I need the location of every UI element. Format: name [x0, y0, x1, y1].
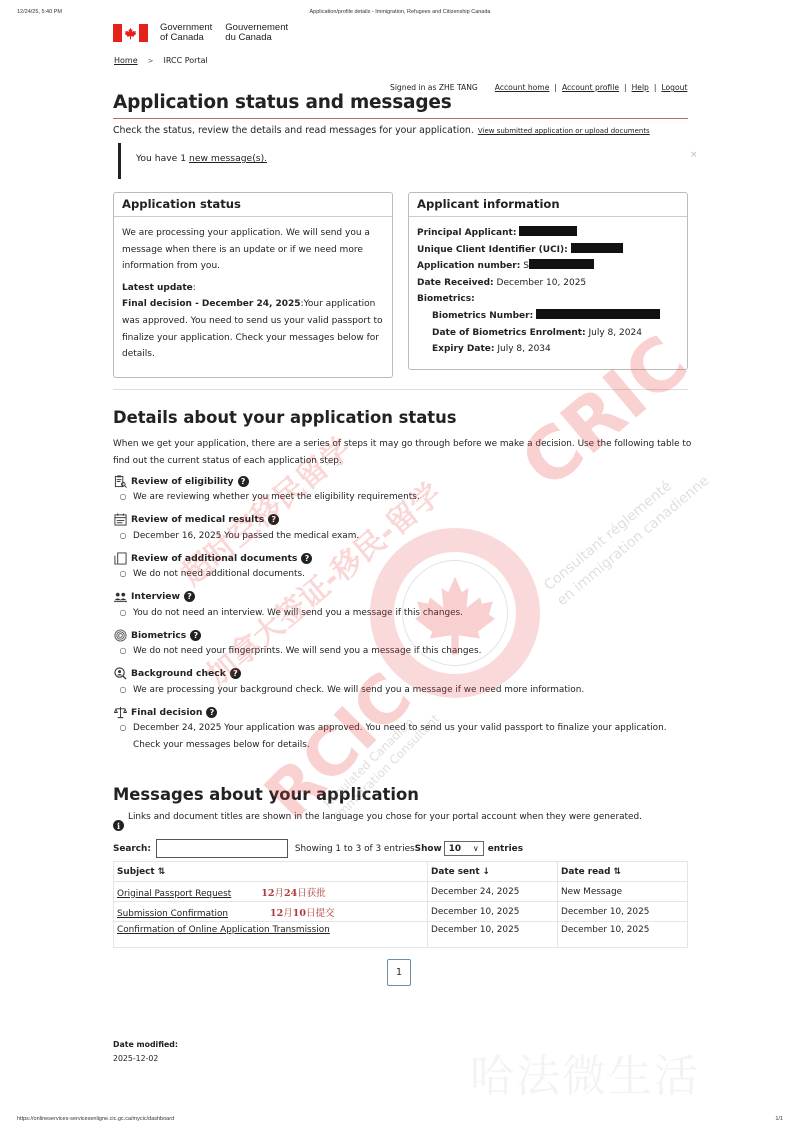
step-description: We are reviewing whether you meet the el…: [133, 489, 420, 506]
biometrics-label: Biometrics:: [417, 291, 679, 308]
step-title: Review of additional documents: [131, 553, 297, 564]
show-label: Show: [415, 844, 442, 854]
applicant-information-heading: Applicant information: [409, 193, 687, 217]
details-intro: When we get your application, there are …: [113, 436, 693, 469]
canada-flag-icon: [113, 24, 148, 42]
application-status-panel: Application status We are processing you…: [113, 192, 393, 378]
step-background-check: Background check ? ○We are processing yo…: [113, 666, 693, 699]
latest-update: Latest update: Final decision - December…: [122, 280, 384, 363]
redacted-value: [536, 309, 660, 319]
alert-text: You have 1: [136, 153, 186, 164]
print-url: https://onlineservices-servicesenligne.c…: [17, 1116, 174, 1122]
date-read: December 10, 2025: [558, 902, 688, 922]
signed-in-label: Signed in as ZHE TANG: [390, 83, 478, 92]
page-intro: Check the status, review the details and…: [113, 125, 650, 136]
help-icon[interactable]: ?: [190, 630, 201, 641]
new-message-alert: You have 1 new message(s).: [136, 153, 267, 164]
language-info-note: i Links and document titles are shown in…: [113, 812, 642, 831]
background-check-icon: [113, 667, 127, 681]
alert-accent-bar: [118, 143, 121, 179]
biometrics-number: Biometrics Number:: [417, 308, 679, 325]
help-icon[interactable]: ?: [301, 553, 312, 564]
title-divider: [113, 118, 688, 119]
step-biometrics: Biometrics ? ○We do not need your finger…: [113, 627, 693, 660]
column-subject[interactable]: Subject ⇅: [114, 862, 428, 882]
sort-desc-icon: ↓: [483, 867, 490, 877]
page-title: Application status and messages: [113, 92, 452, 113]
info-note-text: Links and document titles are shown in t…: [128, 812, 642, 831]
redacted-value: [571, 243, 623, 253]
table-controls: Search: Showing 1 to 3 of 3 entries Show…: [113, 839, 523, 858]
step-final-decision: Final decision ? ○December 24, 2025 Your…: [113, 704, 693, 753]
step-description: December 16, 2025 You passed the medical…: [133, 528, 359, 545]
step-title: Biometrics: [131, 630, 186, 641]
redacted-value: [529, 259, 594, 269]
print-document-title: Application/profile details - Immigratio…: [0, 9, 800, 15]
handwritten-annotation: 12月10日提交: [270, 908, 335, 919]
breadcrumb-home-link[interactable]: Home: [114, 56, 138, 65]
step-eligibility: Review of eligibility ? ○We are reviewin…: [113, 473, 693, 506]
sort-icon: ⇅: [614, 867, 621, 877]
help-icon[interactable]: ?: [230, 668, 241, 679]
redacted-value: [519, 226, 577, 236]
sort-icon: ⇅: [158, 867, 165, 877]
search-input[interactable]: [156, 839, 288, 858]
step-title: Final decision: [131, 707, 202, 718]
step-description: We do not need your fingerprints. We wil…: [133, 643, 481, 660]
message-subject-link[interactable]: Confirmation of Online Application Trans…: [117, 925, 330, 935]
application-status-heading: Application status: [114, 193, 392, 217]
column-date-sent[interactable]: Date sent ↓: [428, 862, 558, 882]
government-of-canada-logo[interactable]: Government of Canada Gouvernement du Can…: [113, 23, 288, 43]
table-row: Confirmation of Online Application Trans…: [114, 922, 688, 948]
intro-text: Check the status, review the details and…: [113, 125, 474, 136]
table-row: Submission Confirmation12月10日提交 December…: [114, 902, 688, 922]
separator: |: [654, 83, 657, 92]
entries-label: entries: [488, 844, 523, 854]
gov-name-en: Government of Canada: [160, 23, 212, 43]
clipboard-search-icon: [113, 474, 127, 488]
step-title: Review of medical results: [131, 514, 264, 525]
biometrics-enrolment-date: Date of Biometrics Enrolment: July 8, 20…: [417, 325, 679, 342]
account-bar: Signed in as ZHE TANG Account home | Acc…: [390, 83, 687, 92]
chevron-down-icon: ∨: [473, 844, 479, 853]
handwritten-annotation: 12月24日获批: [261, 888, 326, 899]
step-medical: Review of medical results ? ○December 16…: [113, 512, 693, 545]
watermark-cn-bottom: 哈法微生活: [470, 1040, 700, 1104]
applicant-information-panel: Applicant information Principal Applican…: [408, 192, 688, 370]
fingerprint-icon: [113, 628, 127, 642]
help-icon[interactable]: ?: [206, 707, 217, 718]
step-title: Interview: [131, 591, 180, 602]
date-modified-value: 2025-12-02: [113, 1054, 158, 1063]
view-submitted-application-link[interactable]: View submitted application or upload doc…: [478, 127, 650, 135]
message-subject-link[interactable]: Submission Confirmation: [117, 909, 228, 919]
page-size-select[interactable]: 10 ∨: [444, 841, 484, 856]
breadcrumb-separator: >: [148, 57, 154, 65]
principal-applicant: Principal Applicant:: [417, 225, 679, 242]
application-number: Application number: S: [417, 258, 679, 275]
scales-icon: [113, 705, 127, 719]
date-sent: December 10, 2025: [428, 922, 558, 948]
step-description: You do not need an interview. We will se…: [133, 605, 463, 622]
help-link[interactable]: Help: [632, 83, 649, 92]
biometrics-expiry-date: Expiry Date: July 8, 2034: [417, 341, 679, 358]
search-label: Search:: [113, 844, 151, 854]
account-profile-link[interactable]: Account profile: [562, 83, 619, 92]
step-additional-documents: Review of additional documents ? ○We do …: [113, 550, 693, 583]
help-icon[interactable]: ?: [268, 514, 279, 525]
date-modified-label: Date modified:: [113, 1040, 178, 1049]
interview-people-icon: [113, 590, 127, 604]
new-messages-link[interactable]: new message(s).: [189, 153, 267, 164]
documents-icon: [113, 551, 127, 565]
messages-table: Subject ⇅ Date sent ↓ Date read ⇅ Origin…: [113, 861, 688, 948]
separator: |: [554, 83, 557, 92]
date-read: New Message: [558, 882, 688, 902]
logout-link[interactable]: Logout: [661, 83, 687, 92]
breadcrumb: Home > IRCC Portal: [114, 56, 208, 65]
status-body: We are processing your application. We w…: [122, 225, 384, 275]
step-description: December 24, 2025 Your application was a…: [133, 720, 693, 753]
help-icon[interactable]: ?: [238, 476, 249, 487]
section-divider: [113, 389, 688, 390]
pagination-page-1[interactable]: 1: [387, 959, 411, 986]
step-description: We do not need additional documents.: [133, 566, 305, 583]
help-icon[interactable]: ?: [184, 591, 195, 602]
message-subject-link[interactable]: Original Passport Request: [117, 889, 231, 899]
messages-heading: Messages about your application: [113, 785, 419, 804]
step-description: We are processing your background check.…: [133, 682, 584, 699]
uci: Unique Client Identifier (UCI):: [417, 242, 679, 259]
showing-entries: Showing 1 to 3 of 3 entries: [295, 844, 415, 854]
date-read: December 10, 2025: [558, 922, 688, 948]
details-heading: Details about your application status: [113, 408, 457, 427]
table-row: Original Passport Request12月24日获批 Decemb…: [114, 882, 688, 902]
print-page-number: 1/1: [775, 1116, 783, 1122]
date-received: Date Received: December 10, 2025: [417, 275, 679, 292]
gov-name-fr: Gouvernement du Canada: [225, 23, 288, 43]
close-icon[interactable]: ×: [690, 150, 698, 160]
column-date-read[interactable]: Date read ⇅: [558, 862, 688, 882]
account-home-link[interactable]: Account home: [495, 83, 550, 92]
medical-report-icon: [113, 513, 127, 527]
info-icon: i: [113, 820, 124, 831]
date-sent: December 10, 2025: [428, 902, 558, 922]
breadcrumb-current: IRCC Portal: [164, 56, 208, 65]
step-interview: Interview ? ○You do not need an intervie…: [113, 589, 693, 622]
application-steps: Review of eligibility ? ○We are reviewin…: [113, 473, 693, 759]
step-title: Background check: [131, 668, 226, 679]
step-title: Review of eligibility: [131, 476, 234, 487]
separator: |: [624, 83, 627, 92]
date-sent: December 24, 2025: [428, 882, 558, 902]
